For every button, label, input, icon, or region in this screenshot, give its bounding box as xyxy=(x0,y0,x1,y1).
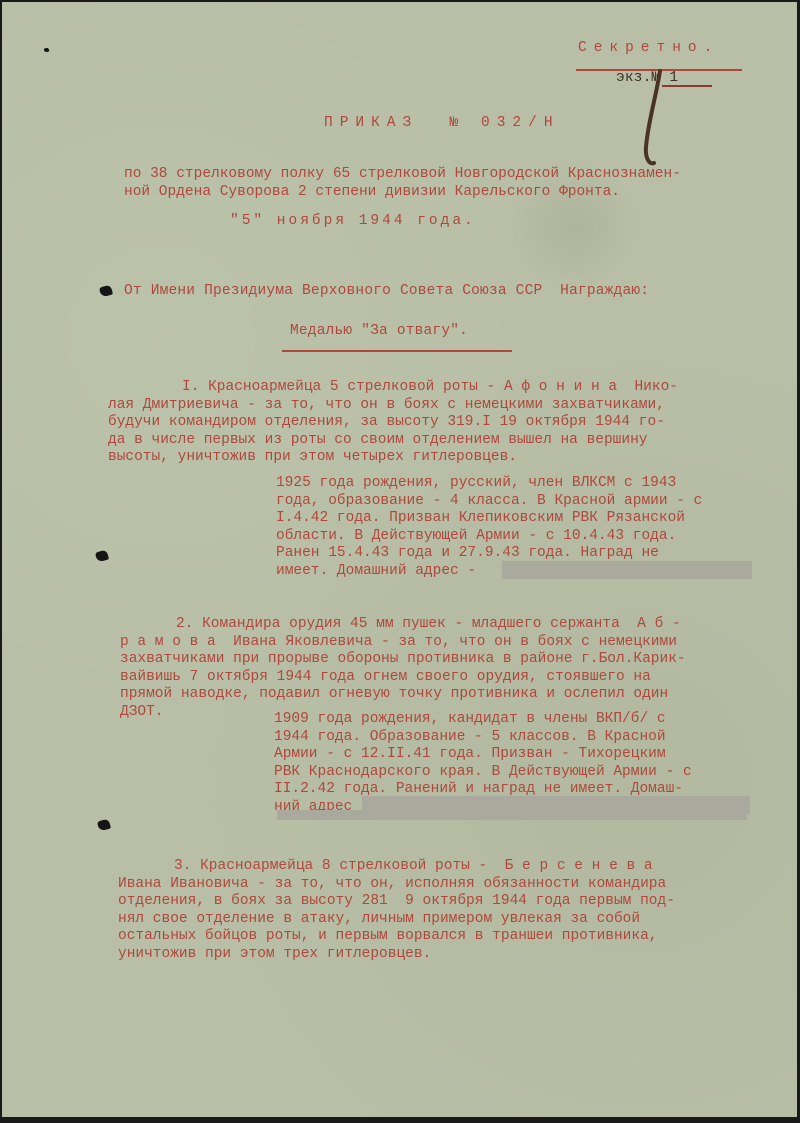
bio-line: года, образование - 4 класса. В Красной … xyxy=(276,493,702,511)
citation-line: будучи командиром отделения, за высоту 3… xyxy=(108,414,678,432)
citation-line: уничтожив при этом трех гитлеровцев. xyxy=(118,946,675,964)
citation-line: отделения, в боях за высоту 281 9 октябр… xyxy=(118,893,675,911)
punch-hole-icon xyxy=(95,550,109,563)
citation-line: р а м о в а Ивана Яковлевича - за то, чт… xyxy=(120,634,686,652)
citation-line: остальных бойцов роты, и первым ворвался… xyxy=(118,928,675,946)
award-underline xyxy=(282,350,512,352)
citation-line: 3. Красноармейца 8 стрелковой роты - Б е… xyxy=(118,858,675,876)
order-title: ПРИКАЗ № 032/Н xyxy=(324,115,560,132)
redacted-address-2b xyxy=(277,810,747,820)
document-page: Секретно. экз.№ 1 ПРИКАЗ № 032/Н по 38 с… xyxy=(2,2,797,1117)
award-entry-1-citation: I. Красноармейца 5 стрелковой роты - А ф… xyxy=(108,379,678,467)
classification-stamp: Секретно. xyxy=(578,40,719,57)
bio-line: I.4.42 года. Призван Клепиковским РВК Ря… xyxy=(276,510,702,528)
bio-line: Армии - с 12.II.41 года. Призван - Тихор… xyxy=(274,746,692,764)
citation-line: I. Красноармейца 5 стрелковой роты - А ф… xyxy=(108,379,678,397)
preamble: От Имени Президиума Верховного Совета Со… xyxy=(124,283,649,300)
citation-line: лая Дмитриевича - за то, что он в боях с… xyxy=(108,397,678,415)
award-entry-3-citation: 3. Красноармейца 8 стрелковой роты - Б е… xyxy=(118,858,675,963)
citation-line: прямой наводке, подавил огневую точку пр… xyxy=(120,686,686,704)
bio-line: области. В Действующей Армии - с 10.4.43… xyxy=(276,528,702,546)
ink-spot-icon xyxy=(44,47,50,52)
award-heading: Медалью "За отвагу". xyxy=(290,323,468,340)
subtitle-line: по 38 стрелковому полку 65 стрелковой Но… xyxy=(124,166,681,184)
handwritten-mark-icon xyxy=(638,67,668,167)
bio-line: РВК Краснодарского края. В Действующей А… xyxy=(274,764,692,782)
citation-line: да в числе первых из роты со своим отдел… xyxy=(108,432,678,450)
citation-line: захватчиками при прорыве обороны противн… xyxy=(120,651,686,669)
citation-line: вайвишь 7 октября 1944 года огнем своего… xyxy=(120,669,686,687)
citation-line: нял свое отделение в атаку, личным приме… xyxy=(118,911,675,929)
punch-hole-icon xyxy=(99,285,113,298)
bio-line: 1925 года рождения, русский, член ВЛКСМ … xyxy=(276,475,702,493)
redacted-address-1 xyxy=(502,561,752,579)
unit-subtitle: по 38 стрелковому полку 65 стрелковой Но… xyxy=(124,166,681,201)
award-entry-2-citation: 2. Командира орудия 45 мм пушек - младше… xyxy=(120,616,686,721)
order-date: "5" ноября 1944 года. xyxy=(230,213,476,230)
citation-line: Ивана Ивановича - за то, что он, исполня… xyxy=(118,876,675,894)
copy-underline xyxy=(662,85,712,87)
bio-line: 1944 года. Образование - 5 классов. В Кр… xyxy=(274,729,692,747)
citation-line: высоты, уничтожив при этом четырех гитле… xyxy=(108,449,678,467)
bio-line: 1909 года рождения, кандидат в члены ВКП… xyxy=(274,711,692,729)
subtitle-line: ной Ордена Суворова 2 степени дивизии Ка… xyxy=(124,184,681,202)
citation-line: 2. Командира орудия 45 мм пушек - младше… xyxy=(120,616,686,634)
punch-hole-icon xyxy=(97,819,111,832)
bio-line: Ранен 15.4.43 года и 27.9.43 года. Награ… xyxy=(276,545,702,563)
